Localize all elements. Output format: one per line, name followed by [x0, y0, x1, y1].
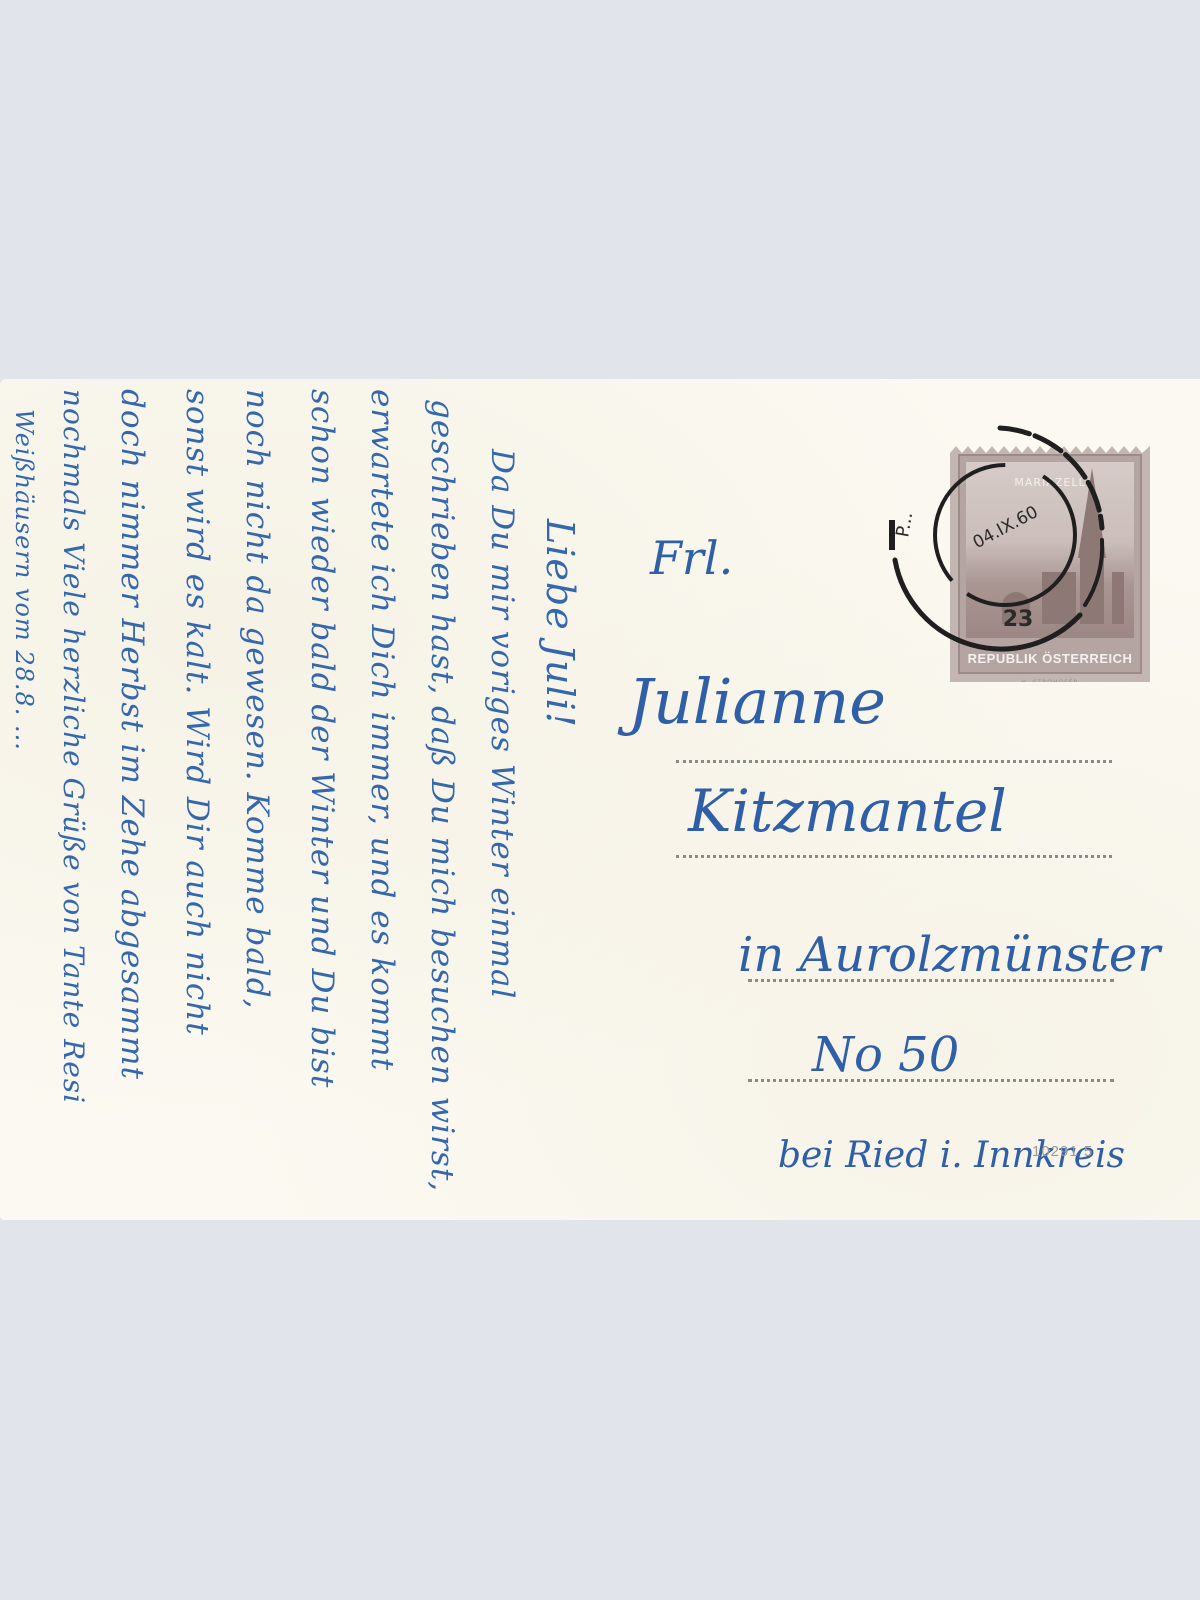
address-line [748, 1079, 1114, 1082]
letter-line: nochmals Viele herzliche Grüße von Tante… [57, 389, 90, 1104]
address-line [676, 855, 1112, 858]
letter-line: Da Du mir voriges Winter einmal [484, 449, 520, 999]
letter-line: sonst wird es kalt. Wird Dir auch nicht [179, 389, 215, 1036]
address-line [748, 979, 1114, 982]
letter-line: Weißhäusern vom 28.8. ... [10, 409, 38, 751]
stamp-country-label: REPUBLIK ÖSTERREICH [960, 651, 1140, 666]
stamp-town-label: MARIAZELL [966, 476, 1134, 489]
stamp-basilica-image: MARIAZELL [966, 462, 1134, 638]
letter-line: erwartete ich Dich immer, und es kommt [364, 389, 400, 1071]
letter-line: noch nicht da gewesen. Komme bald, [239, 389, 275, 1009]
letter-line: doch nimmer Herbst im Zehe abgesammt [114, 389, 150, 1080]
address-title: Frl. [650, 531, 733, 585]
letter-line: schon wieder bald der Winter und Du bist [304, 389, 340, 1088]
address-line [676, 760, 1112, 763]
address-first-name: Julianne [628, 665, 886, 738]
postage-stamp: MARIAZELL REPUBLIK ÖSTERREICH H. STROHOF… [950, 446, 1150, 682]
card-print-number: 10291 5 [1032, 1143, 1093, 1160]
letter-line: Liebe Juli! [538, 519, 582, 728]
address-house-number: No 50 [812, 1027, 959, 1083]
address-town: in Aurolzmünster [738, 927, 1160, 983]
letter-line: geschrieben hast, daß Du mich besuchen w… [424, 399, 460, 1192]
address-last-name: Kitzmantel [688, 777, 1007, 845]
